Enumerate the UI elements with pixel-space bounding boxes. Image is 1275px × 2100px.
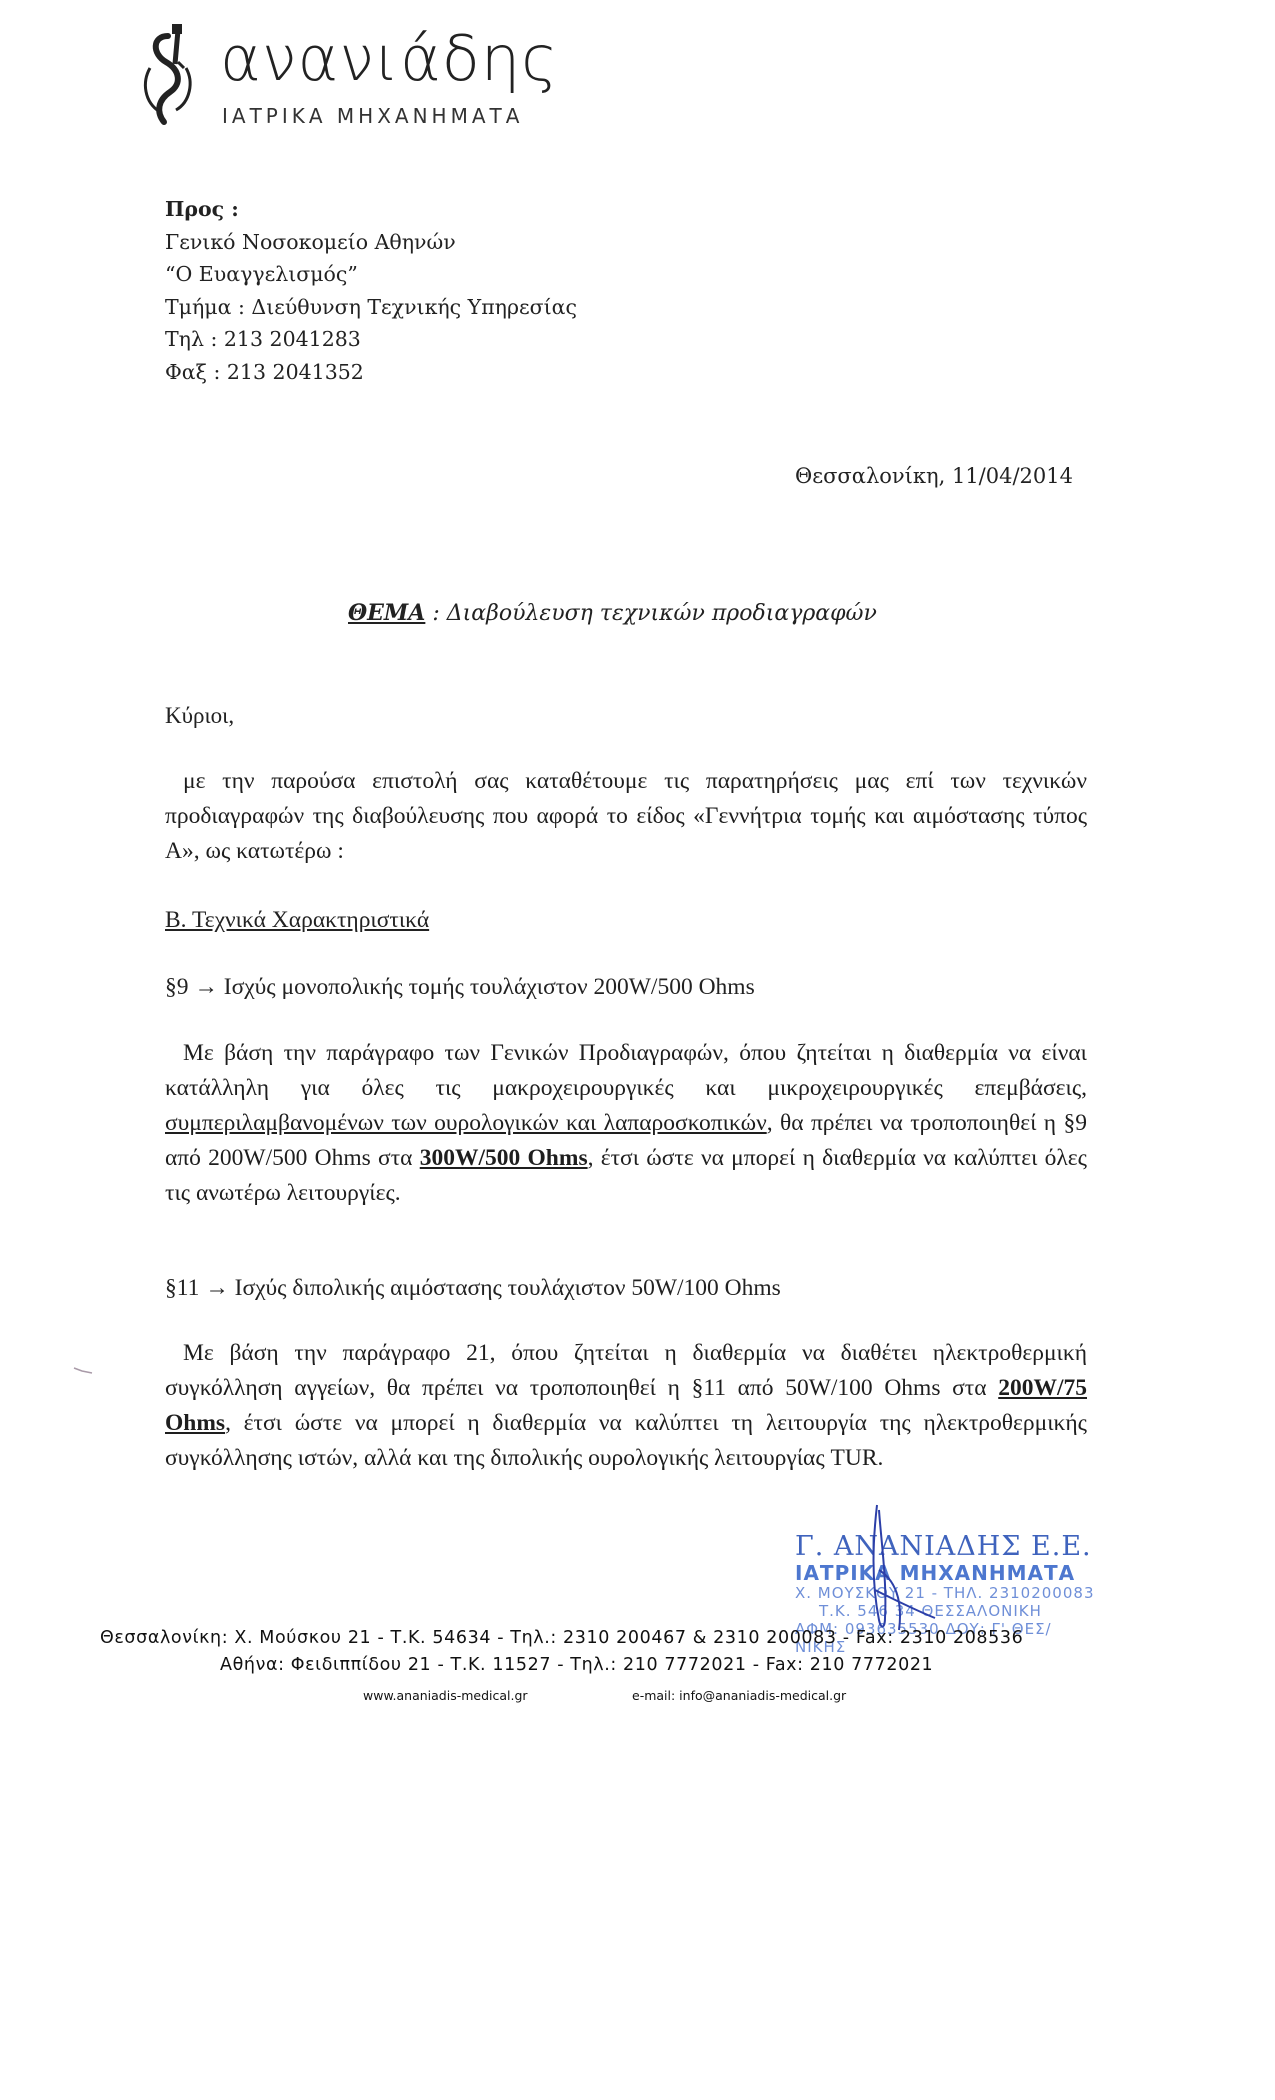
intro-paragraph: με την παρούσα επιστολή σας καταθέτουμε … <box>165 764 1087 869</box>
subject-text: Διαβούλευση τεχνικών προδιαγραφών <box>447 601 877 626</box>
recipient-block: Προς : Γενικό Νοσοκομείο Αθηνών “Ο Ευαγγ… <box>165 193 577 388</box>
section-heading: Β. Τεχνικά Χαρακτηριστικά <box>165 907 429 934</box>
subject-label: ΘΕΜΑ <box>348 600 425 626</box>
signature-icon <box>855 1500 945 1640</box>
stamp-line: ΙΑΤΡΙΚΑ ΜΗΧΑΝΗΜΑΤΑ <box>795 1562 1095 1584</box>
recipient-label: Προς : <box>165 193 577 226</box>
emphasis-value: 300W/500 Ohms <box>420 1145 588 1171</box>
stamp-line: Χ. ΜΟΥΣΚΟΥ 21 - ΤΗΛ. 2310200083 <box>795 1584 1095 1602</box>
footer-email-link[interactable]: e-mail: info@ananiadis-medical.gr <box>632 1688 846 1703</box>
caduceus-snake-icon <box>138 22 198 132</box>
subject-line: ΘΕΜΑ : Διαβούλευση τεχνικών προδιαγραφών <box>348 600 877 626</box>
stamp-line: Γ. ΑΝΑΝΙΑΔΗΣ Ε.Ε. <box>795 1532 1095 1562</box>
company-name: ανανιάδης <box>220 28 559 90</box>
salutation: Κύριοι, <box>165 703 234 729</box>
recipient-line: Φαξ : 213 2041352 <box>165 356 577 389</box>
footer-athens-address: Αθήνα: Φειδιππίδου 21 - Τ.Κ. 11527 - Τηλ… <box>220 1655 933 1675</box>
text-run: Με βάση την παράγραφο των Γενικών Προδια… <box>165 1040 1087 1101</box>
recipient-line: Τηλ : 213 2041283 <box>165 323 577 356</box>
recipient-line: Γενικό Νοσοκομείο Αθηνών <box>165 226 577 259</box>
footer-website-link[interactable]: www.ananiadis-medical.gr <box>363 1688 528 1703</box>
item-paragraph-11: Με βάση την παράγραφο 21, όπου ζητείται … <box>165 1336 1087 1476</box>
text-run: Με βάση την παράγραφο 21, όπου ζητείται … <box>165 1340 1087 1401</box>
recipient-line: “Ο Ευαγγελισμός” <box>165 258 577 291</box>
footer-thessaloniki-address: Θεσσαλονίκη: Χ. Μούσκου 21 - Τ.Κ. 54634 … <box>100 1628 1023 1648</box>
item-heading-11: §11 → Ισχύς διπολικής αιμόστασης τουλάχι… <box>165 1275 781 1302</box>
stamp-line: Τ.Κ. 546 34 ΘΕΣΣΑΛΟΝΙΚΗ <box>795 1602 1095 1620</box>
scan-artifact-icon <box>72 1365 94 1375</box>
item-heading-9: §9 → Ισχύς μονοπολικής τομής τουλάχιστον… <box>165 974 755 1001</box>
company-tagline: ΙΑΤΡΙΚΑ ΜΗΧΑΝΗΜΑΤΑ <box>222 104 523 128</box>
subject-separator: : <box>425 601 446 626</box>
text-run: , έτσι ώστε να μπορεί η διαθερμία να καλ… <box>165 1410 1087 1471</box>
item-paragraph-9: Με βάση την παράγραφο των Γενικών Προδια… <box>165 1036 1087 1211</box>
underlined-text: συμπεριλαμβανομένων των ουρολογικών και … <box>165 1110 767 1136</box>
recipient-line: Τμήμα : Διεύθυνση Τεχνικής Υπηρεσίας <box>165 291 577 324</box>
date-line: Θεσσαλονίκη, 11/04/2014 <box>795 464 1073 488</box>
letterhead-logo: ανανιάδης ΙΑΤΡΙΚΑ ΜΗΧΑΝΗΜΑΤΑ <box>138 22 588 142</box>
